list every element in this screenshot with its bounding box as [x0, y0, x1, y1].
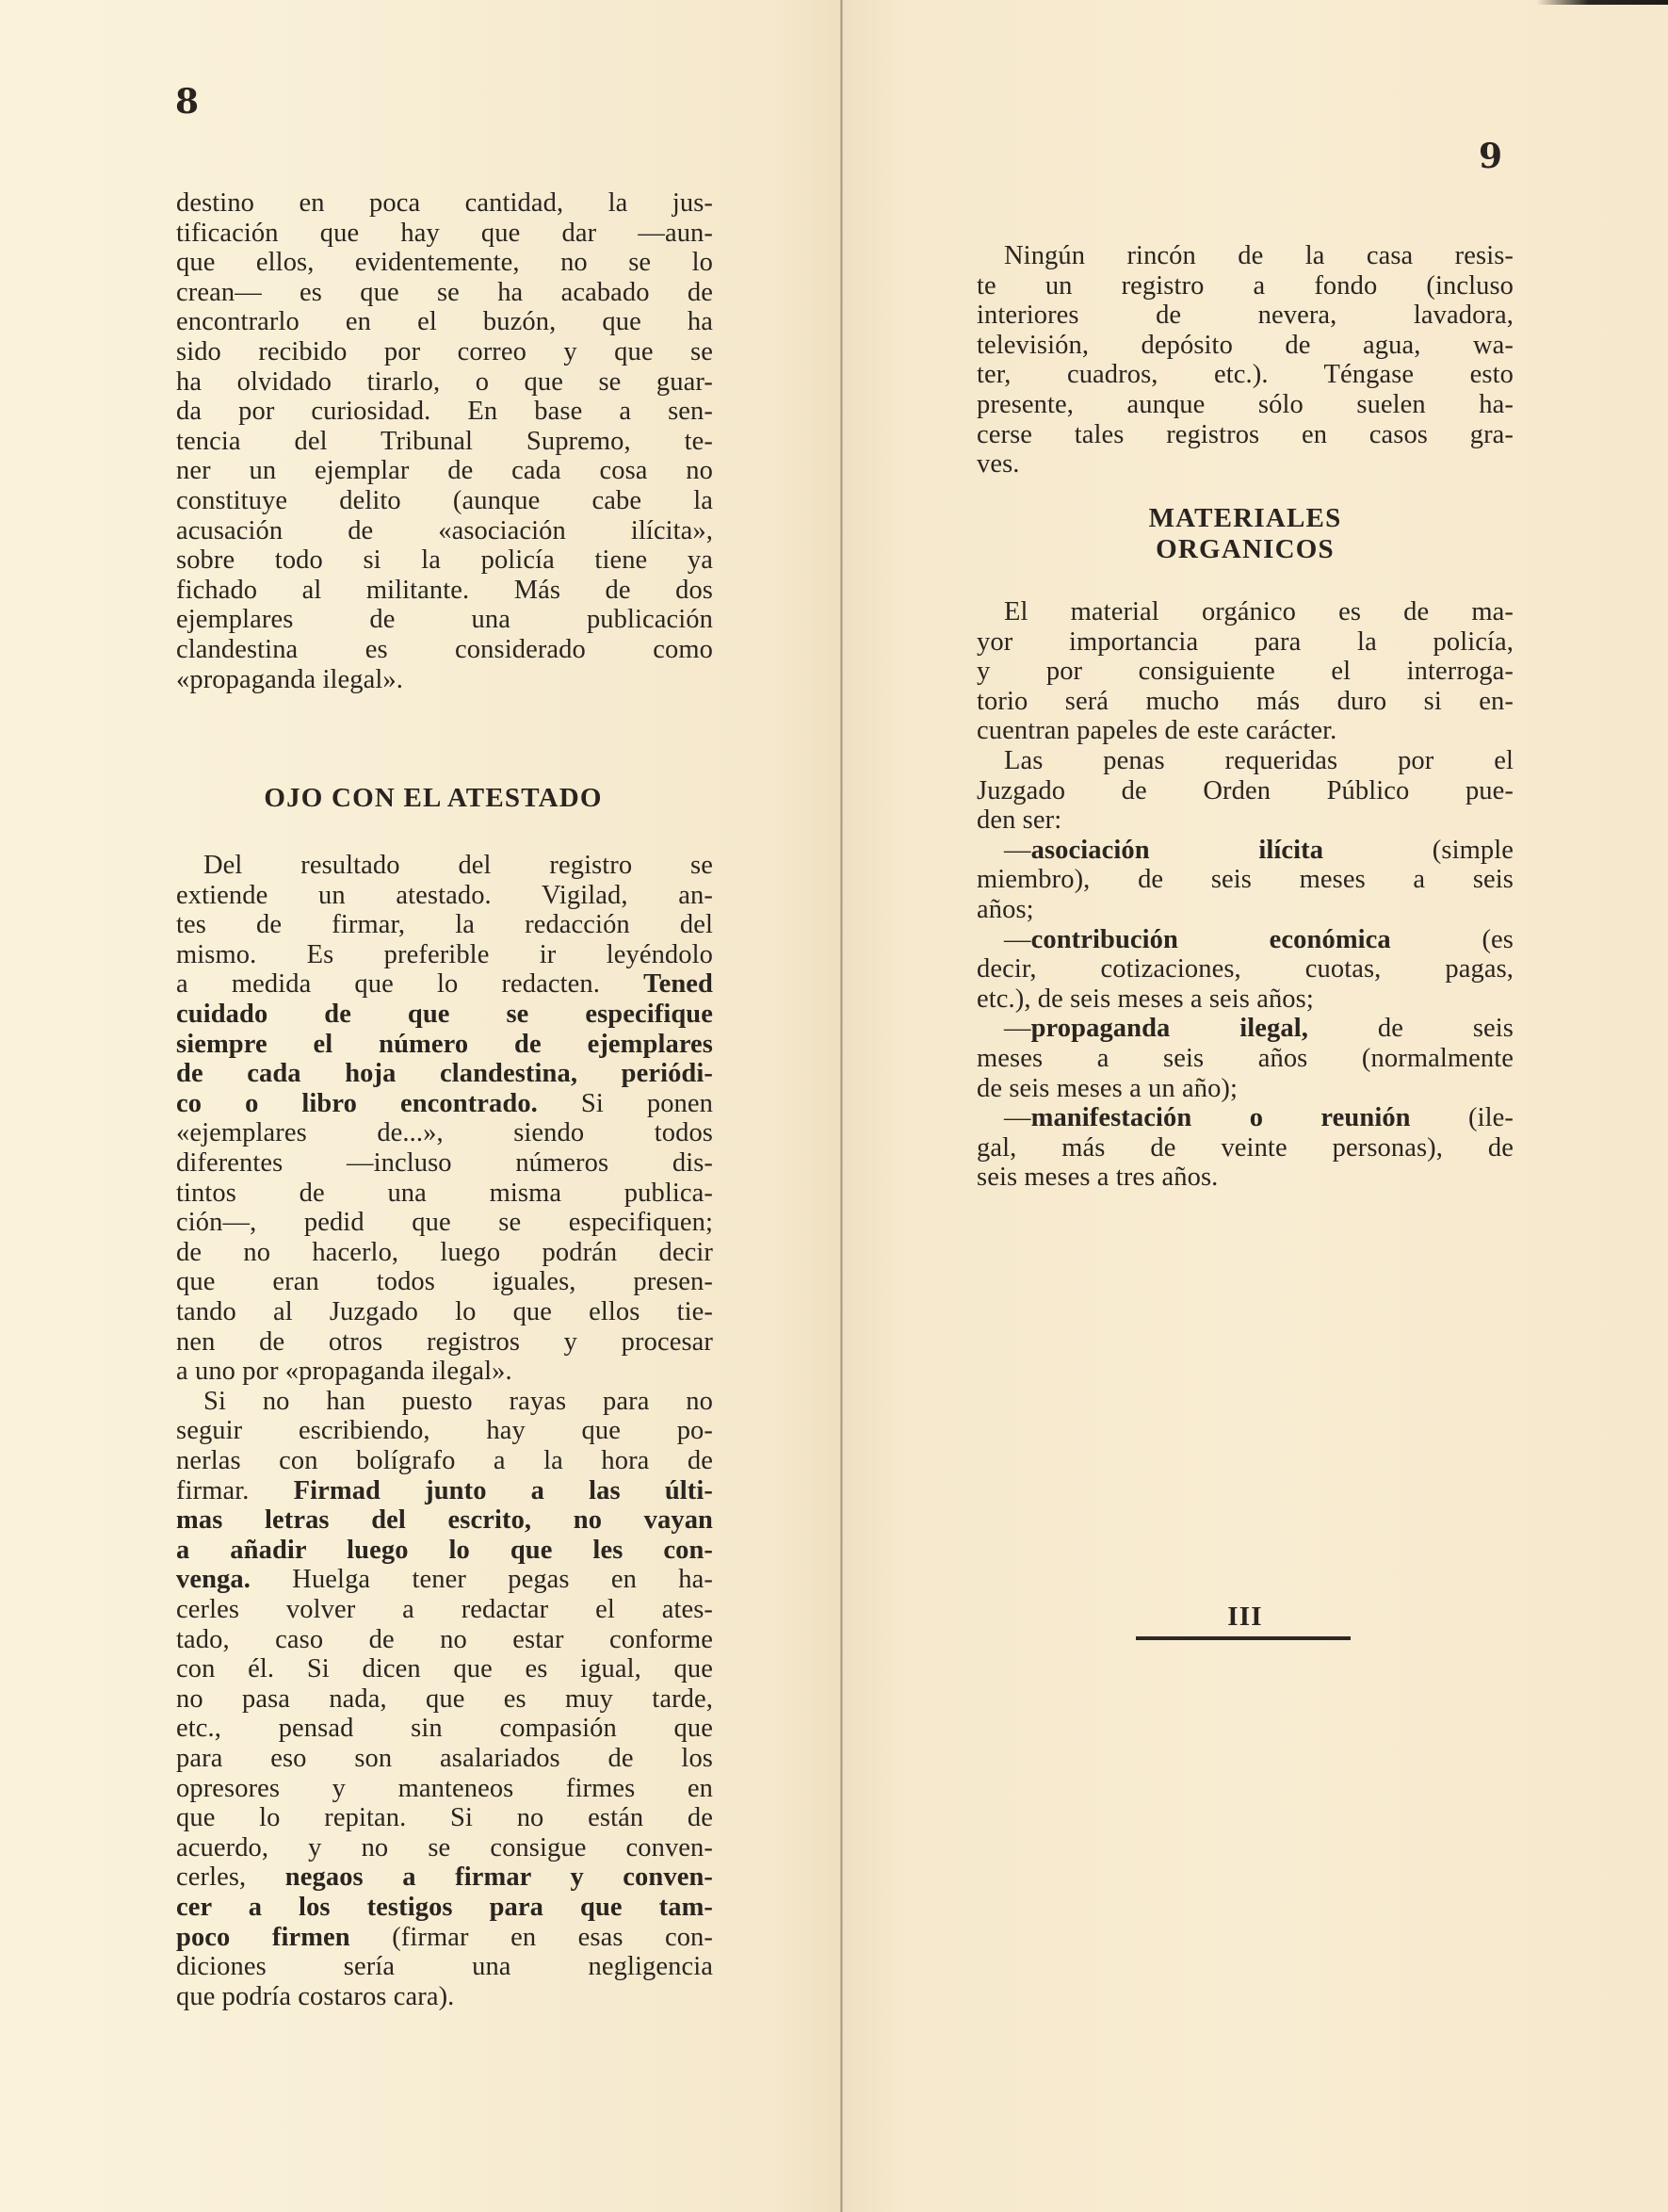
text-line: no pasa nada, que es muy tarde, — [176, 1684, 713, 1714]
text-segment: presente, aunque sólo suelen ha- — [977, 390, 1514, 419]
text-line: presente, aunque sólo suelen ha- — [977, 390, 1514, 419]
text-line: co o libro encontrado. Si ponen — [176, 1089, 713, 1118]
text-segment: con él. Si dicen que es igual, que — [176, 1654, 713, 1683]
text-line: ha olvidado tirarlo, o que se guar- — [176, 367, 713, 397]
text-line: a añadir luego lo que les con- — [176, 1536, 713, 1565]
text-segment: que ellos, evidentemente, no se lo — [176, 248, 713, 277]
text-line: interiores de nevera, lavadora, — [977, 301, 1514, 330]
text-line: que eran todos iguales, presen- — [176, 1267, 713, 1296]
bold-text: venga. — [176, 1565, 251, 1594]
text-segment: — — [1004, 1014, 1031, 1043]
bold-text: mas letras del escrito, no vayan — [176, 1505, 713, 1535]
text-line: mas letras del escrito, no vayan — [176, 1505, 713, 1535]
section-heading: MATERIALES — [977, 503, 1514, 534]
section-heading: ORGANICOS — [977, 534, 1514, 565]
text-segment: a medida que lo redacten. — [176, 969, 643, 999]
text-segment: Las penas requeridas por el — [1004, 746, 1514, 775]
text-segment: y por consiguiente el interroga- — [977, 657, 1514, 686]
text-line: fichado al militante. Más de dos — [176, 576, 713, 605]
text-segment: ter, cuadros, etc.). Téngase esto — [977, 360, 1514, 389]
text-segment: de seis meses a un año); — [977, 1074, 1238, 1103]
text-segment: Si no han puesto rayas para no — [203, 1387, 713, 1416]
text-line: cuentran papeles de este carácter. — [977, 716, 1514, 745]
text-segment: nerlas con bolígrafo a la hora de — [176, 1446, 713, 1475]
text-line: cuidado de que se especifique — [176, 1000, 713, 1029]
text-segment: diferentes —incluso números dis- — [176, 1148, 713, 1178]
text-line: acusación de «asociación ilícita», — [176, 516, 713, 545]
text-line: años; — [977, 895, 1514, 924]
text-segment: clandestina es considerado como — [176, 635, 713, 664]
text-segment: mismo. Es preferible ir leyéndolo — [176, 940, 713, 969]
text-segment: crean— es que se ha acabado de — [176, 278, 713, 307]
text-segment: Juzgado de Orden Público pue- — [977, 776, 1514, 805]
text-line: clandestina es considerado como — [176, 635, 713, 664]
text-segment: seguir escribiendo, hay que po- — [176, 1416, 713, 1445]
text-line: cer a los testigos para que tam- — [176, 1893, 713, 1922]
text-line: ves. — [977, 449, 1514, 479]
text-segment: de no hacerlo, luego podrán decir — [176, 1238, 713, 1267]
text-line: ejemplares de una publicación — [176, 605, 713, 634]
text-line: que lo repitan. Si no están de — [176, 1803, 713, 1832]
text-segment: (simple — [1323, 836, 1514, 865]
text-segment: ejemplares de una publicación — [176, 605, 713, 634]
text-line: poco firmen (firmar en esas con- — [176, 1923, 713, 1952]
bold-text: propaganda ilegal, — [1031, 1014, 1308, 1043]
text-line: cerse tales registros en casos gra- — [977, 420, 1514, 449]
section-heading: OJO CON EL ATESTADO — [188, 783, 678, 814]
text-segment: constituye delito (aunque cabe la — [176, 486, 713, 515]
text-line: con él. Si dicen que es igual, que — [176, 1654, 713, 1683]
page-corner-shadow — [1536, 0, 1668, 5]
text-line: Juzgado de Orden Público pue- — [977, 776, 1514, 805]
text-line: Del resultado del registro se — [203, 851, 713, 880]
text-line: sobre todo si la policía tiene ya — [176, 545, 713, 575]
text-line: a uno por «propaganda ilegal». — [176, 1357, 713, 1386]
text-segment: seis meses a tres años. — [977, 1163, 1218, 1192]
page-number-left: 8 — [175, 85, 199, 119]
text-line: —contribución económica (es — [1004, 925, 1514, 954]
text-line: que ellos, evidentemente, no se lo — [176, 248, 713, 277]
text-segment: tintos de una misma publica- — [176, 1179, 713, 1208]
bold-text: de cada hoja clandestina, periódi- — [176, 1059, 713, 1088]
text-segment: den ser: — [977, 805, 1061, 835]
bold-text: cuidado de que se especifique — [176, 1000, 713, 1029]
text-line: El material orgánico es de ma- — [1004, 597, 1514, 626]
text-line: destino en poca cantidad, la jus- — [176, 188, 713, 218]
text-segment: destino en poca cantidad, la jus- — [176, 188, 713, 218]
text-segment: nen de otros registros y procesar — [176, 1327, 713, 1357]
text-segment: — — [1004, 1103, 1031, 1132]
text-segment: Huelga tener pegas en ha- — [251, 1565, 713, 1594]
bold-text: siempre el número de ejemplares — [176, 1030, 713, 1059]
text-line: tando al Juzgado lo que ellos tie- — [176, 1297, 713, 1326]
text-segment: ha olvidado tirarlo, o que se guar- — [176, 367, 713, 397]
text-line: a medida que lo redacten. Tened — [176, 969, 713, 999]
text-segment: — — [1004, 836, 1031, 865]
text-segment: ner un ejemplar de cada cosa no — [176, 456, 713, 485]
text-line: etc., pensad sin compasión que — [176, 1714, 713, 1743]
text-line: te un registro a fondo (incluso — [977, 271, 1514, 301]
bold-text: manifestación o reunión — [1031, 1103, 1411, 1132]
bold-text: asociación ilícita — [1031, 836, 1324, 865]
text-segment: (ile- — [1411, 1103, 1514, 1132]
text-segment: tando al Juzgado lo que ellos tie- — [176, 1297, 713, 1326]
text-line: tintos de una misma publica- — [176, 1179, 713, 1208]
text-segment: que eran todos iguales, presen- — [176, 1267, 713, 1296]
text-segment: televisión, depósito de agua, wa- — [977, 331, 1514, 360]
text-segment: tificación que hay que dar —aun- — [176, 219, 713, 248]
text-line: firmar. Firmad junto a las últi- — [176, 1476, 713, 1505]
text-line: para eso son asalariados de los — [176, 1744, 713, 1773]
left-page: 8 destino en poca cantidad, la jus-tific… — [0, 0, 841, 2212]
text-segment: que podría costaros cara). — [176, 1982, 454, 2011]
text-line: de cada hoja clandestina, periódi- — [176, 1059, 713, 1088]
text-line: televisión, depósito de agua, wa- — [977, 331, 1514, 360]
text-line: Ningún rincón de la casa resis- — [1004, 241, 1514, 270]
bold-text: Firmad junto a las últi- — [294, 1476, 713, 1505]
text-segment: tado, caso de no estar conforme — [176, 1625, 713, 1654]
text-segment: tes de firmar, la redacción del — [176, 910, 713, 939]
text-segment: acusación de «asociación ilícita», — [176, 516, 713, 545]
text-segment: miembro), de seis meses a seis — [977, 865, 1514, 894]
text-line: mismo. Es preferible ir leyéndolo — [176, 940, 713, 969]
text-line: torio será mucho más duro si en- — [977, 687, 1514, 716]
text-segment: no pasa nada, que es muy tarde, — [176, 1684, 713, 1714]
text-segment: Del resultado del registro se — [203, 851, 713, 880]
text-line: cerles volver a redactar el ates- — [176, 1595, 713, 1624]
text-segment: de seis — [1308, 1014, 1514, 1043]
text-segment: cuentran papeles de este carácter. — [977, 716, 1336, 745]
text-segment: encontrarlo en el buzón, que ha — [176, 307, 713, 336]
text-segment: meses a seis años (normalmente — [977, 1044, 1514, 1073]
text-segment: opresores y manteneos firmes en — [176, 1774, 713, 1803]
text-line: gal, más de veinte personas), de — [977, 1133, 1514, 1163]
text-segment: Ningún rincón de la casa resis- — [1004, 241, 1514, 270]
text-segment: etc.), de seis meses a seis años; — [977, 984, 1314, 1014]
text-segment: extiende un atestado. Vigilad, an- — [176, 881, 713, 910]
text-segment: acuerdo, y no se consigue conven- — [176, 1833, 713, 1862]
text-segment: Si ponen — [538, 1089, 713, 1118]
text-segment: — — [1004, 925, 1031, 954]
text-line: tificación que hay que dar —aun- — [176, 219, 713, 248]
text-segment: fichado al militante. Más de dos — [176, 576, 713, 605]
text-line: seis meses a tres años. — [977, 1163, 1514, 1192]
text-line: siempre el número de ejemplares — [176, 1030, 713, 1059]
text-segment: (es — [1391, 925, 1514, 954]
heading-underline — [1136, 1636, 1351, 1640]
text-line: venga. Huelga tener pegas en ha- — [176, 1565, 713, 1594]
text-line: nen de otros registros y procesar — [176, 1327, 713, 1357]
text-segment: etc., pensad sin compasión que — [176, 1714, 713, 1743]
text-line: etc.), de seis meses a seis años; — [977, 984, 1514, 1014]
text-line: extiende un atestado. Vigilad, an- — [176, 881, 713, 910]
bold-text: contribución económica — [1031, 925, 1391, 954]
text-line: Las penas requeridas por el — [1004, 746, 1514, 775]
text-line: meses a seis años (normalmente — [977, 1044, 1514, 1073]
text-line: tes de firmar, la redacción del — [176, 910, 713, 939]
text-line: de seis meses a un año); — [977, 1074, 1514, 1103]
text-line: decir, cotizaciones, cuotas, pagas, — [977, 954, 1514, 984]
text-segment: firmar. — [176, 1476, 294, 1505]
text-segment: (firmar en esas con- — [350, 1923, 713, 1952]
bold-text: poco firmen — [176, 1923, 350, 1952]
text-line: tencia del Tribunal Supremo, te- — [176, 427, 713, 456]
text-segment: diciones sería una negligencia — [176, 1952, 713, 1981]
text-segment: gal, más de veinte personas), de — [977, 1133, 1514, 1163]
text-line: acuerdo, y no se consigue conven- — [176, 1833, 713, 1862]
section-heading: III — [977, 1602, 1514, 1633]
text-segment: «ejemplares de...», siendo todos — [176, 1118, 713, 1147]
text-line: da por curiosidad. En base a sen- — [176, 397, 713, 426]
text-line: y por consiguiente el interroga- — [977, 657, 1514, 686]
text-line: diferentes —incluso números dis- — [176, 1148, 713, 1178]
text-line: encontrarlo en el buzón, que ha — [176, 307, 713, 336]
bold-text: Tened — [643, 969, 713, 999]
text-line: opresores y manteneos firmes en — [176, 1774, 713, 1803]
text-line: den ser: — [977, 805, 1514, 835]
text-segment: para eso son asalariados de los — [176, 1744, 713, 1773]
text-line: «ejemplares de...», siendo todos — [176, 1118, 713, 1147]
text-line: diciones sería una negligencia — [176, 1952, 713, 1981]
text-segment: cerles volver a redactar el ates- — [176, 1595, 713, 1624]
bold-text: co o libro encontrado. — [176, 1089, 538, 1118]
text-line: cerles, negaos a firmar y conven- — [176, 1862, 713, 1892]
text-segment: decir, cotizaciones, cuotas, pagas, — [977, 954, 1514, 984]
text-line: «propaganda ilegal». — [176, 665, 713, 694]
text-line: —asociación ilícita (simple — [1004, 836, 1514, 865]
text-line: que podría costaros cara). — [176, 1982, 713, 2011]
text-segment: sobre todo si la policía tiene ya — [176, 545, 713, 575]
text-line: nerlas con bolígrafo a la hora de — [176, 1446, 713, 1475]
text-segment: años; — [977, 895, 1034, 924]
text-segment: «propaganda ilegal». — [176, 665, 403, 694]
text-line: de no hacerlo, luego podrán decir — [176, 1238, 713, 1267]
text-segment: da por curiosidad. En base a sen- — [176, 397, 713, 426]
bold-text: a añadir luego lo que les con- — [176, 1536, 713, 1565]
text-line: —manifestación o reunión (ile- — [1004, 1103, 1514, 1132]
right-page: 9 Ningún rincón de la casa resis-te un r… — [843, 0, 1668, 2212]
text-segment: cerles, — [176, 1862, 285, 1892]
text-segment: ves. — [977, 449, 1020, 479]
text-line: crean— es que se ha acabado de — [176, 278, 713, 307]
text-segment: El material orgánico es de ma- — [1004, 597, 1514, 626]
text-line: sido recibido por correo y que se — [176, 337, 713, 366]
text-segment: te un registro a fondo (incluso — [977, 271, 1514, 301]
bold-text: negaos a firmar y conven- — [285, 1862, 713, 1892]
text-line: miembro), de seis meses a seis — [977, 865, 1514, 894]
page-number-right: 9 — [1479, 139, 1502, 173]
text-segment: interiores de nevera, lavadora, — [977, 301, 1514, 330]
text-line: constituye delito (aunque cabe la — [176, 486, 713, 515]
text-line: ner un ejemplar de cada cosa no — [176, 456, 713, 485]
text-segment: torio será mucho más duro si en- — [977, 687, 1514, 716]
text-segment: a uno por «propaganda ilegal». — [176, 1357, 512, 1386]
bold-text: cer a los testigos para que tam- — [176, 1893, 713, 1922]
text-segment: tencia del Tribunal Supremo, te- — [176, 427, 713, 456]
text-segment: sido recibido por correo y que se — [176, 337, 713, 366]
text-segment: ción—, pedid que se especifiquen; — [176, 1208, 713, 1237]
text-line: seguir escribiendo, hay que po- — [176, 1416, 713, 1445]
text-line: ción—, pedid que se especifiquen; — [176, 1208, 713, 1237]
text-segment: cerse tales registros en casos gra- — [977, 420, 1514, 449]
text-segment: yor importancia para la policía, — [977, 627, 1514, 657]
text-line: yor importancia para la policía, — [977, 627, 1514, 657]
text-line: Si no han puesto rayas para no — [203, 1387, 713, 1416]
text-line: tado, caso de no estar conforme — [176, 1625, 713, 1654]
text-segment: que lo repitan. Si no están de — [176, 1803, 713, 1832]
text-line: —propaganda ilegal, de seis — [1004, 1014, 1514, 1043]
text-line: ter, cuadros, etc.). Téngase esto — [977, 360, 1514, 389]
